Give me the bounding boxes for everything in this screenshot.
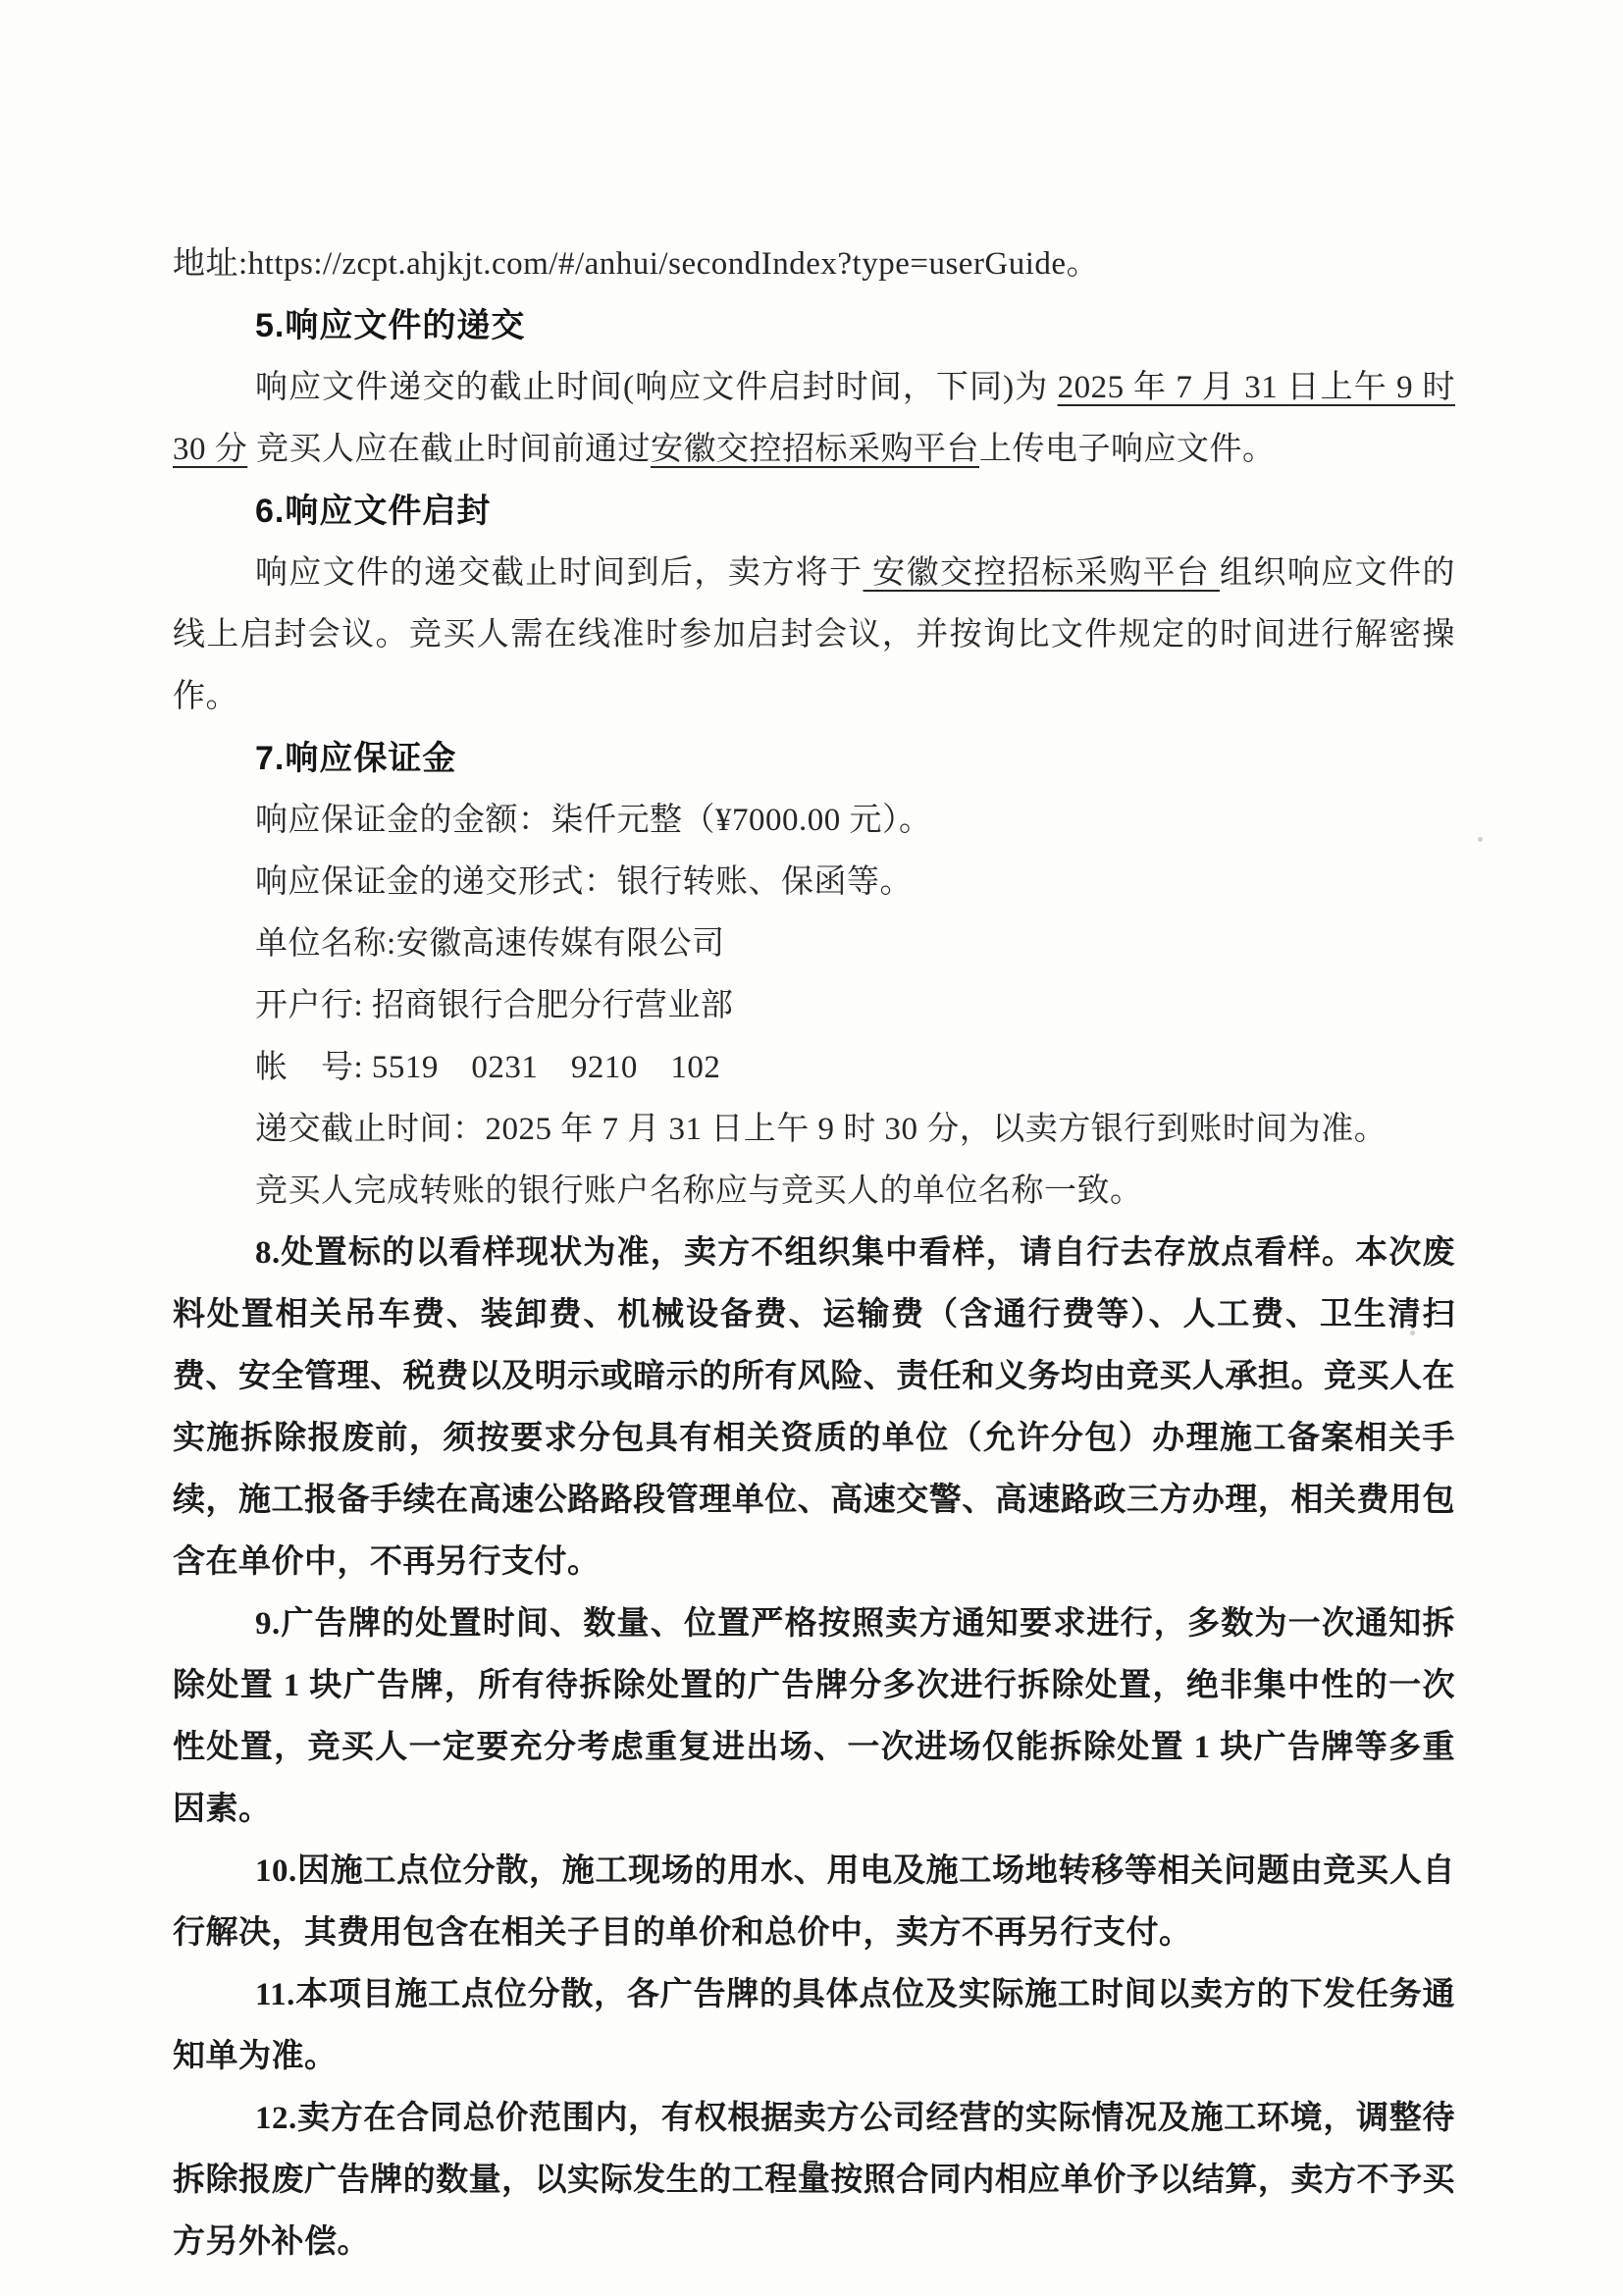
document-page: 地址:https://zcpt.ahjkjt.com/#/anhui/secon…	[0, 0, 1623, 2296]
section-7-heading: 7.响应保证金	[173, 728, 1455, 790]
s5-text-3: 上传电子响应文件。	[979, 432, 1276, 467]
scan-speck	[1478, 837, 1483, 842]
page-number: 7	[0, 2155, 1623, 2187]
section-8-paragraph: 8.处置标的以看样现状为准，卖方不组织集中看样，请自行去存放点看样。本次废料处置…	[173, 1223, 1455, 1593]
deposit-amount-line: 响应保证金的金额：柒仟元整（¥7000.00 元）。	[173, 790, 1455, 852]
section-6-heading: 6.响应文件启封	[173, 481, 1455, 543]
s5-platform-underline: 安徽交控招标采购平台	[651, 432, 979, 467]
transfer-note-line: 竞买人完成转账的银行账户名称应与竞买人的单位名称一致。	[173, 1161, 1455, 1223]
bank-line: 开户行: 招商银行合肥分行营业部	[173, 975, 1455, 1037]
scan-speck	[1410, 1331, 1415, 1335]
s5-text-1: 响应文件递交的截止时间(响应文件启封时间，下同)为	[255, 370, 1058, 405]
section-10-paragraph: 10.因施工点位分散，施工现场的用水、用电及施工场地转移等相关问题由竞买人自行解…	[173, 1841, 1455, 1964]
section-9-paragraph: 9.广告牌的处置时间、数量、位置严格按照卖方通知要求进行，多数为一次通知拆除处置…	[173, 1593, 1455, 1841]
section-11-paragraph: 11.本项目施工点位分散，各广告牌的具体点位及实际施工时间以卖方的下发任务通知单…	[173, 1964, 1455, 2088]
deposit-form-line: 响应保证金的递交形式：银行转账、保函等。	[173, 852, 1455, 913]
s6-platform-underline: 安徽交控招标采购平台	[864, 555, 1221, 591]
section-5-heading: 5.响应文件的递交	[173, 295, 1455, 357]
section-6-paragraph: 响应文件的递交截止时间到后，卖方将于 安徽交控招标采购平台 组织响应文件的线上启…	[173, 543, 1455, 728]
address-line: 地址:https://zcpt.ahjkjt.com/#/anhui/secon…	[173, 234, 1455, 295]
unit-name-line: 单位名称:安徽高速传媒有限公司	[173, 913, 1455, 975]
account-number-line: 帐 号: 5519 0231 9210 102	[173, 1037, 1455, 1099]
s6-text-1: 响应文件的递交截止时间到后，卖方将于	[255, 555, 864, 591]
section-5-paragraph: 响应文件递交的截止时间(响应文件启封时间，下同)为 2025 年 7 月 31 …	[173, 357, 1455, 481]
s5-text-2: 竞买人应在截止时间前通过	[247, 432, 651, 467]
deposit-deadline-line: 递交截止时间：2025 年 7 月 31 日上午 9 时 30 分，以卖方银行到…	[173, 1099, 1455, 1161]
